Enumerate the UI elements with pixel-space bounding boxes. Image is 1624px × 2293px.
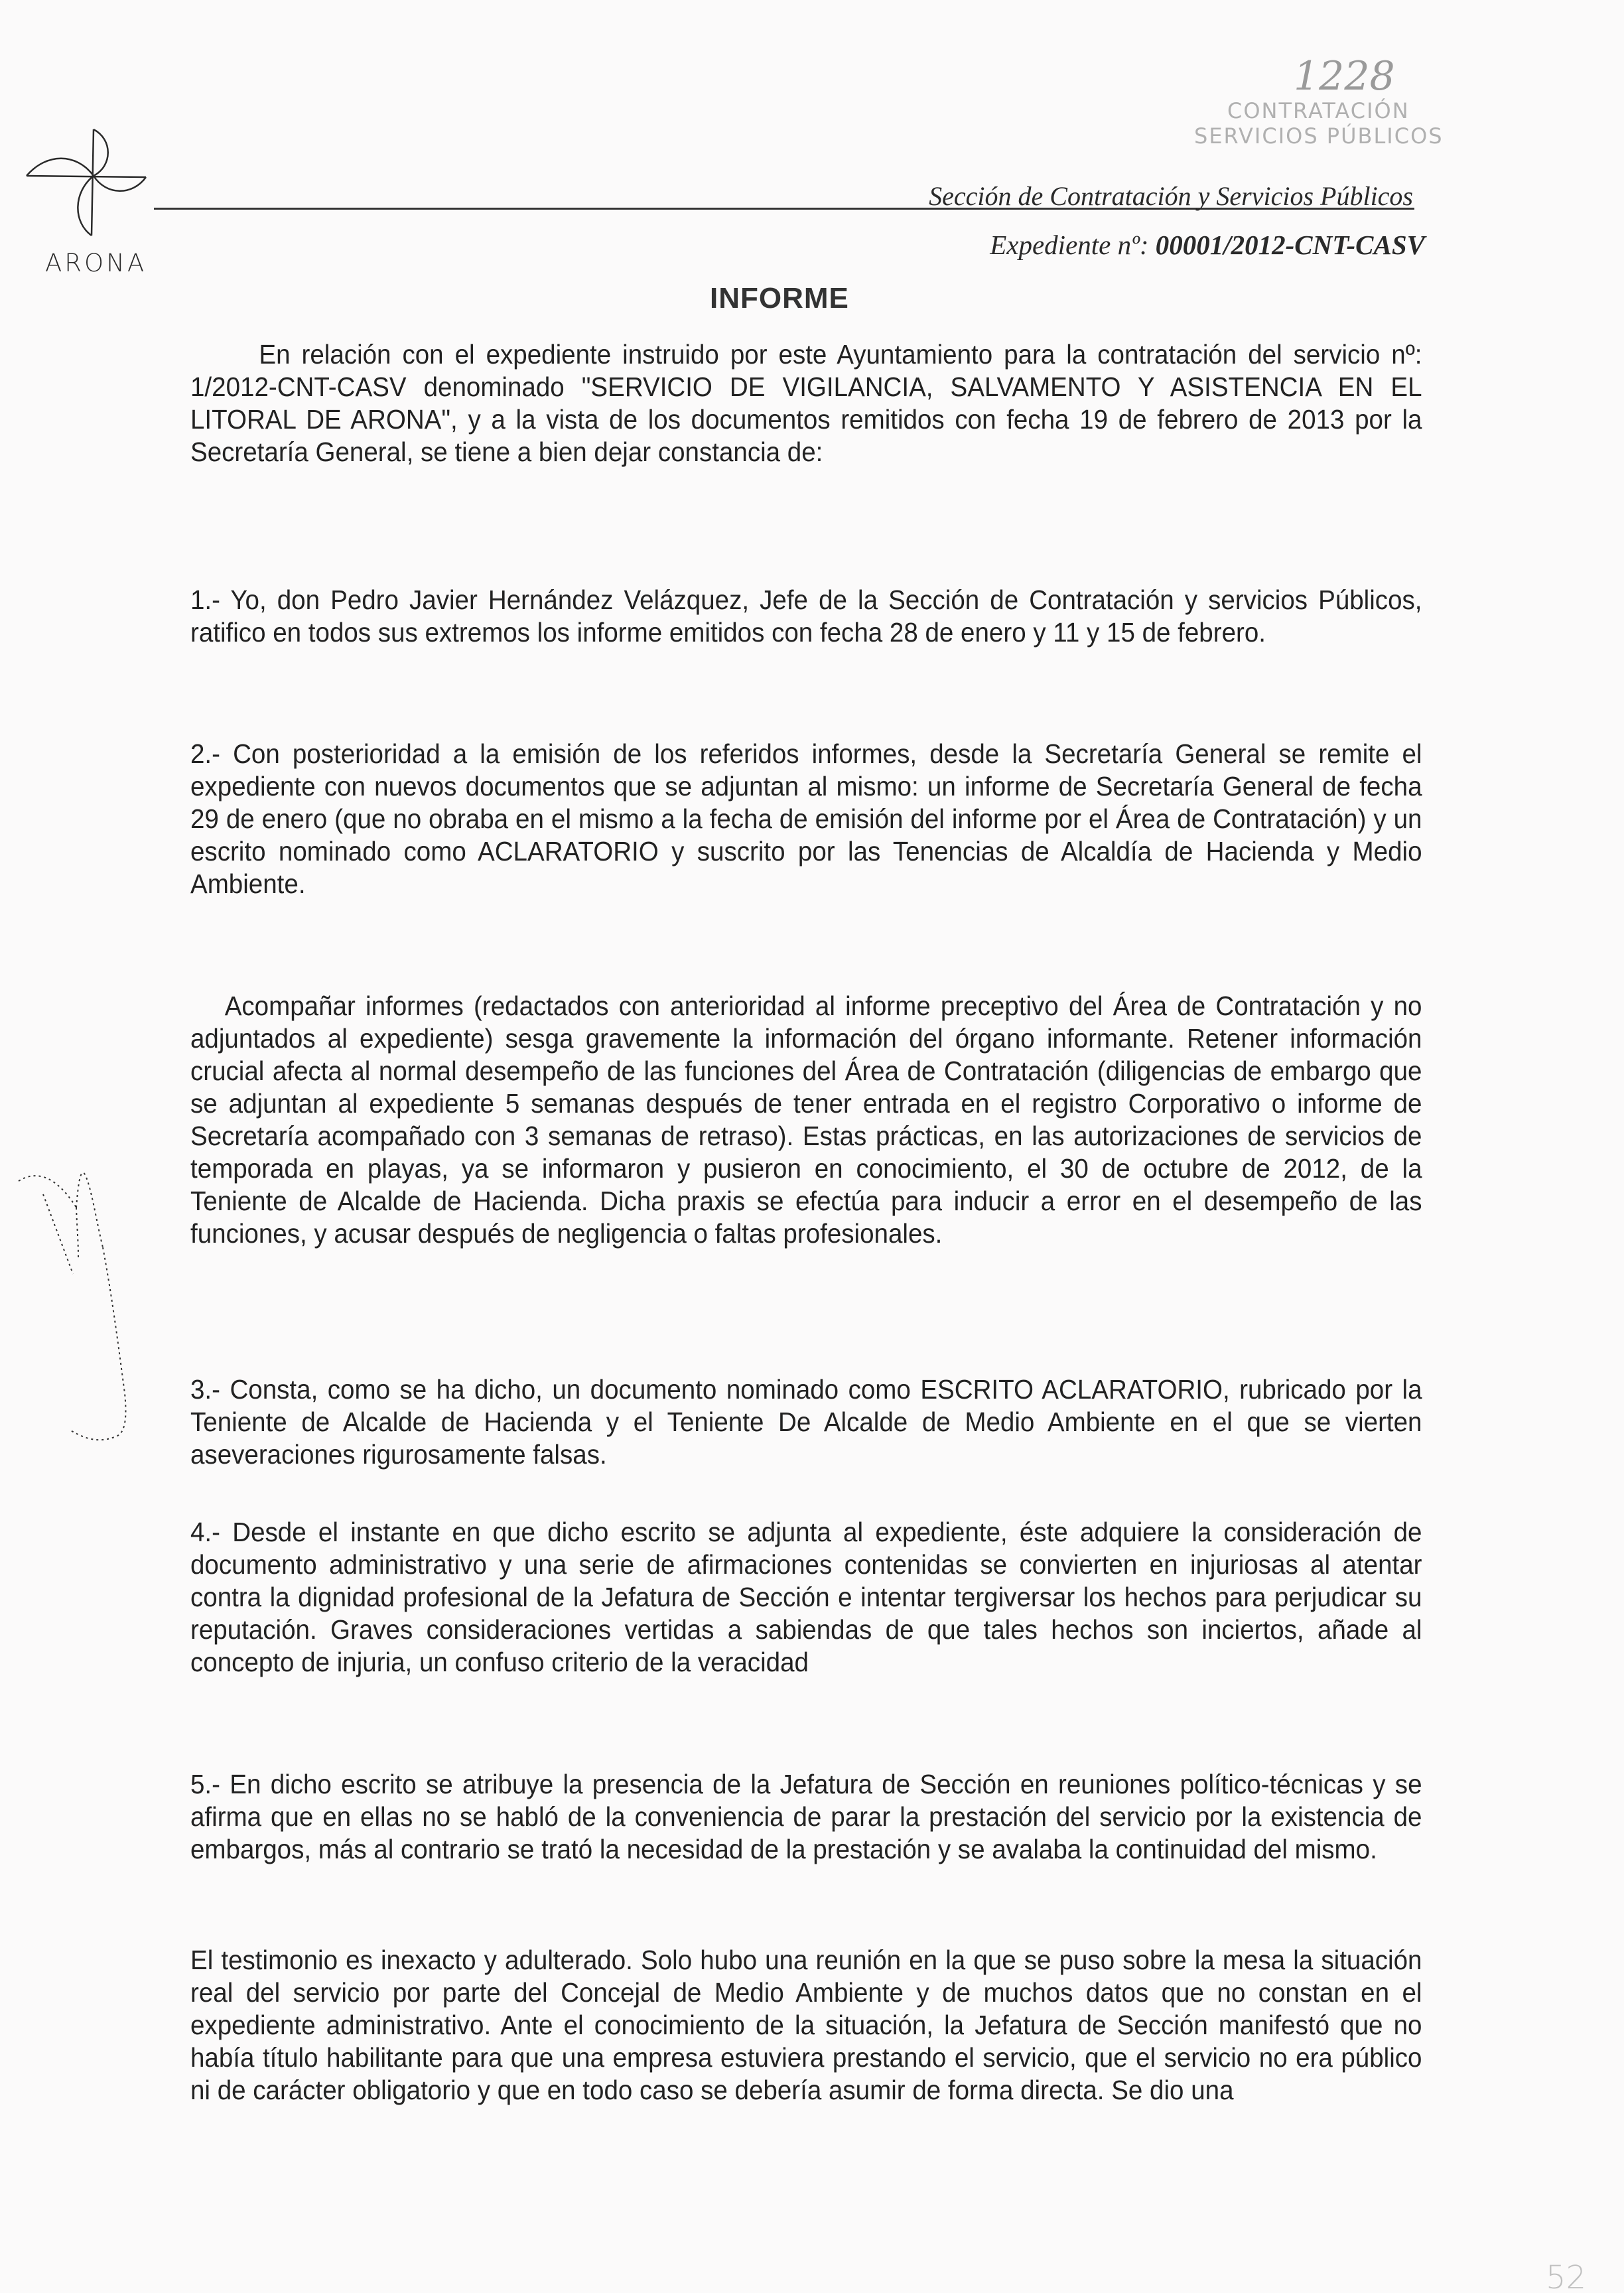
registry-stamp: 1228 CONTRATACIÓN SERVICIOS PÚBLICOS [1174, 53, 1453, 153]
case-file-number: Expediente nº: 00001/2012-CNT-CASV [990, 229, 1425, 261]
stamp-number: 1228 [1294, 53, 1395, 100]
paragraph-2-continued: Acompañar informes (redactados con anter… [190, 990, 1422, 1250]
paragraph-4: 4.- Desde el instante en que dicho escri… [190, 1516, 1422, 1679]
document-title: INFORME [710, 282, 849, 315]
page-number: 52 [1546, 2259, 1586, 2293]
arona-logo: ARONA [20, 123, 153, 275]
stamp-line-2: SERVICIOS PÚBLICOS [1194, 123, 1444, 149]
case-file-label: Expediente nº: [990, 230, 1155, 260]
paragraph-3: 3.- Consta, como se ha dicho, un documen… [190, 1373, 1422, 1471]
pinwheel-icon [20, 123, 153, 245]
stamp-line-1: CONTRATACIÓN [1227, 98, 1410, 123]
paragraph-1: 1.- Yo, don Pedro Javier Hernández Veláz… [190, 584, 1422, 649]
paragraph-6: El testimonio es inexacto y adulterado. … [190, 1944, 1422, 2107]
section-name: Sección de Contratación y Servicios Públ… [929, 180, 1413, 212]
case-file-value: 00001/2012-CNT-CASV [1156, 230, 1425, 260]
document-page: ARONA 1228 CONTRATACIÓN SERVICIOS PÚBLIC… [0, 0, 1624, 2293]
paragraph-2: 2.- Con posterioridad a la emisión de lo… [190, 738, 1422, 900]
logo-text: ARONA [45, 249, 147, 277]
handwritten-margin-mark-icon [7, 1128, 139, 1499]
paragraph-5: 5.- En dicho escrito se atribuye la pres… [190, 1768, 1422, 1866]
intro-paragraph: En relación con el expediente instruido … [190, 338, 1422, 468]
